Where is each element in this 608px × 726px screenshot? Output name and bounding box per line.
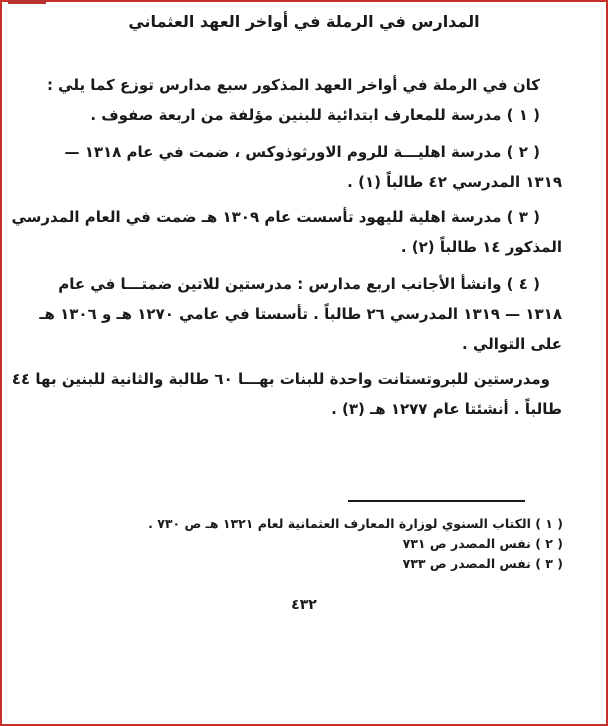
- text-line: ( ٣ ) مدرسة اهلية لليهود تأسست عام ١٣٠٩ …: [40, 202, 562, 232]
- page-title: المدارس في الرملة في أواخر العهد العثمان…: [0, 12, 608, 31]
- text-line: ( ١ ) مدرسة للمعارف ابتدائية للبنين مؤلف…: [40, 100, 562, 130]
- text-line: طالباً . أنشئتا عام ١٢٧٧ هـ (٣) .: [40, 394, 562, 424]
- text-line: ١٣١٨ — ١٣١٩ المدرسي ٢٦ طالباً . تأسستا ف…: [40, 299, 562, 329]
- footnote-separator: [348, 500, 525, 502]
- text-line: المذكور ١٤ طالباً (٢) .: [40, 232, 562, 262]
- text-line: ( ٤ ) وانشأ الأجانب اربع مدارس : مدرستين…: [40, 269, 562, 299]
- scan-border-artifact: [8, 0, 46, 4]
- paragraph-protestant-schools: ومدرستين للبروتستانت واحدة للبنات بهـــا…: [40, 364, 562, 424]
- text-line: على التوالي .: [40, 329, 562, 359]
- paragraph-item-4: ( ٤ ) وانشأ الأجانب اربع مدارس : مدرستين…: [40, 269, 562, 359]
- text-line: ١٣١٩ المدرسي ٤٢ طالباً (١) .: [40, 167, 562, 197]
- footnote-3: ( ٣ ) نفس المصدر ص ٧٣٣: [40, 554, 563, 574]
- footnote-1: ( ١ ) الكتاب السنوي لوزارة المعارف العثم…: [40, 514, 563, 534]
- paragraph-item-3: ( ٣ ) مدرسة اهلية لليهود تأسست عام ١٣٠٩ …: [40, 202, 562, 262]
- text-line: ( ٢ ) مدرسة اهليـــة للروم الاورثوذوكس ،…: [40, 137, 562, 167]
- paragraph-item-1: ( ١ ) مدرسة للمعارف ابتدائية للبنين مؤلف…: [40, 100, 562, 130]
- footnote-2: ( ٢ ) نفس المصدر ص ٧٣١: [40, 534, 563, 554]
- text-line: ومدرستين للبروتستانت واحدة للبنات بهـــا…: [40, 364, 562, 394]
- paragraph-item-2: ( ٢ ) مدرسة اهليـــة للروم الاورثوذوكس ،…: [40, 137, 562, 197]
- text-line: كان في الرملة في أواخر العهد المذكور سبع…: [40, 70, 562, 100]
- paragraph-intro: كان في الرملة في أواخر العهد المذكور سبع…: [40, 70, 562, 100]
- footnotes: ( ١ ) الكتاب السنوي لوزارة المعارف العثم…: [40, 510, 563, 574]
- page-number: ٤٣٢: [0, 597, 608, 613]
